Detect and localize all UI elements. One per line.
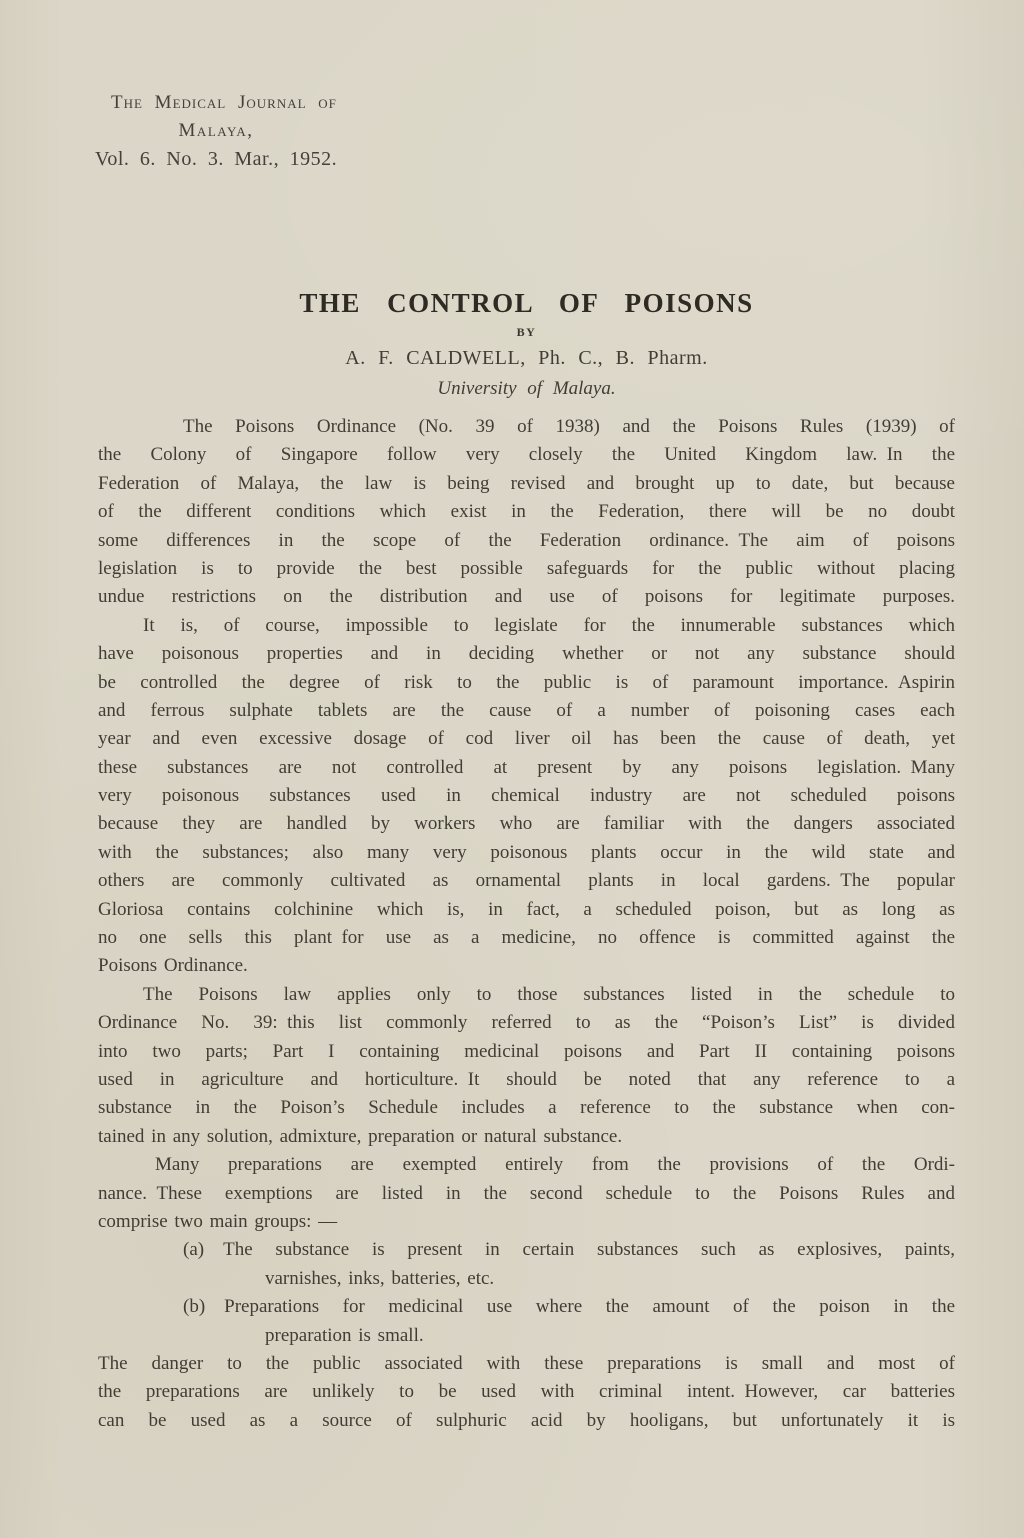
article-body: The Poisons Ordinance (No. 39 of 1938) a… <box>98 413 955 1435</box>
scanned-journal-page: The Medical Journal of Malaya, Vol. 6. N… <box>0 0 1024 1538</box>
body-text-line: The danger to the public associated with… <box>98 1350 955 1378</box>
body-text-line: into two parts; Part I containing medici… <box>98 1038 955 1066</box>
body-text-line: (b) Preparations for medicinal use where… <box>98 1293 955 1321</box>
body-text-line: It is, of course, impossible to legislat… <box>98 612 955 640</box>
body-text-line: have poisonous properties and in decidin… <box>98 640 955 668</box>
body-text-line: tained in any solution, admixture, prepa… <box>98 1123 955 1151</box>
journal-masthead: The Medical Journal of Malaya, Vol. 6. N… <box>95 89 337 173</box>
journal-name-line1: The Medical Journal of <box>95 89 337 117</box>
body-text-line: Many preparations are exempted entirely … <box>98 1151 955 1179</box>
author-affiliation: University of Malaya. <box>98 378 955 400</box>
body-text-line: no one sells this plant for use as a med… <box>98 924 955 952</box>
body-text-line: because they are handled by workers who … <box>98 810 955 838</box>
body-text-line: used in agriculture and horticulture. It… <box>98 1066 955 1094</box>
body-text-line: with the substances; also many very pois… <box>98 839 955 867</box>
body-text-line: and ferrous sulphate tablets are the cau… <box>98 697 955 725</box>
body-text-line: undue restrictions on the distribution a… <box>98 583 955 611</box>
article-title: THE CONTROL OF POISONS <box>98 288 955 319</box>
journal-volume-info: Vol. 6. No. 3. Mar., 1952. <box>95 145 337 173</box>
body-text-line: can be used as a source of sulphuric aci… <box>98 1407 955 1435</box>
journal-name-line2: Malaya, <box>95 117 337 145</box>
article-title-block: THE CONTROL OF POISONS BY A. F. CALDWELL… <box>98 288 955 400</box>
body-text-line: the Colony of Singapore follow very clos… <box>98 441 955 469</box>
body-text-line: Poisons Ordinance. <box>98 952 955 980</box>
body-text-line: Ordinance No. 39: this list commonly ref… <box>98 1009 955 1037</box>
body-text-line: nance. These exemptions are listed in th… <box>98 1180 955 1208</box>
body-text-line: some differences in the scope of the Fed… <box>98 527 955 555</box>
byline-label: BY <box>98 325 955 340</box>
body-text-line: be controlled the degree of risk to the … <box>98 669 955 697</box>
body-text-line: Federation of Malaya, the law is being r… <box>98 470 955 498</box>
author-name: A. F. CALDWELL, Ph. C., B. Pharm. <box>98 347 955 370</box>
body-text-line: preparation is small. <box>98 1322 955 1350</box>
body-text-line: these substances are not controlled at p… <box>98 754 955 782</box>
body-text-line: The Poisons Ordinance (No. 39 of 1938) a… <box>98 413 955 441</box>
body-text-line: year and even excessive dosage of cod li… <box>98 725 955 753</box>
body-text-line: comprise two main groups: — <box>98 1208 955 1236</box>
body-text-line: The Poisons law applies only to those su… <box>98 981 955 1009</box>
body-text-line: substance in the Poison’s Schedule inclu… <box>98 1094 955 1122</box>
body-text-line: of the different conditions which exist … <box>98 498 955 526</box>
body-text-line: legislation is to provide the best possi… <box>98 555 955 583</box>
body-text-line: Gloriosa contains colchinine which is, i… <box>98 896 955 924</box>
body-text-line: varnishes, inks, batteries, etc. <box>98 1265 955 1293</box>
body-text-line: the preparations are unlikely to be used… <box>98 1378 955 1406</box>
body-text-line: (a) The substance is present in certain … <box>98 1236 955 1264</box>
body-text-line: very poisonous substances used in chemic… <box>98 782 955 810</box>
body-text-line: others are commonly cultivated as orname… <box>98 867 955 895</box>
